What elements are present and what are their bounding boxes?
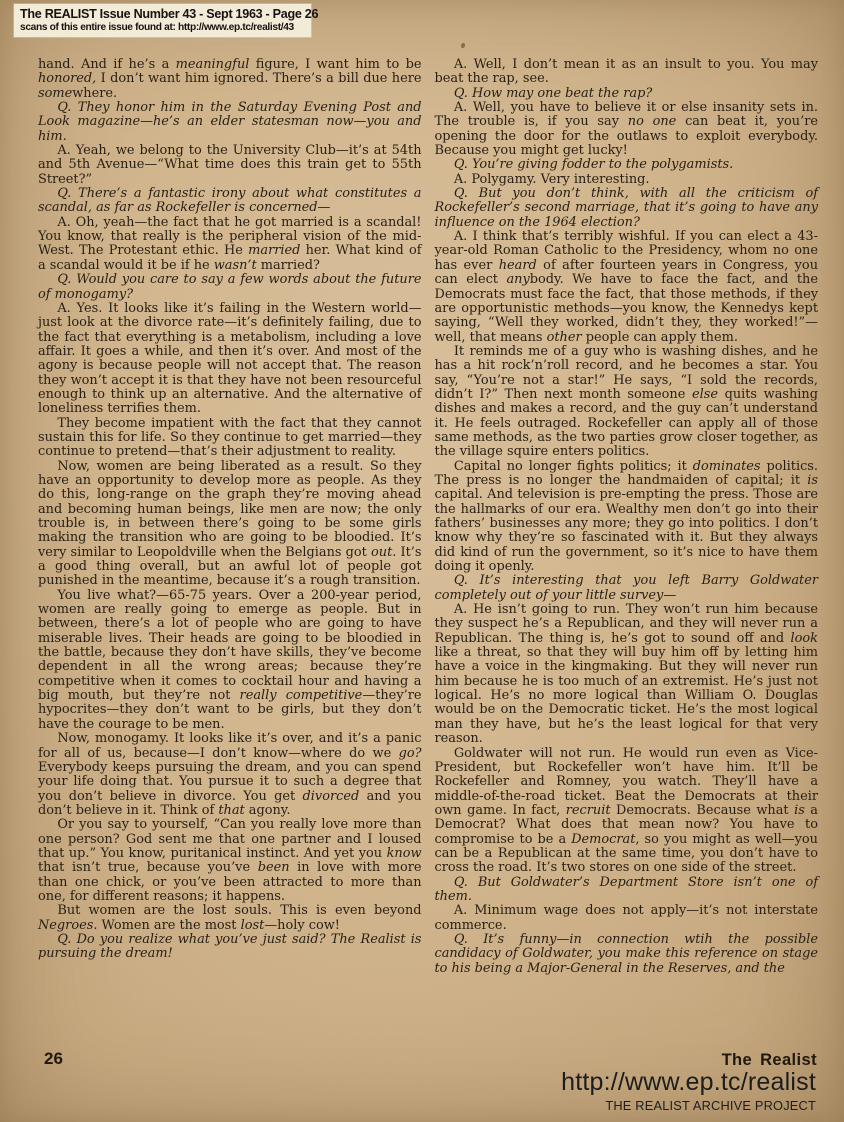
question-paragraph: Q. Do you realize what you’ve just said?… bbox=[38, 933, 422, 962]
body-paragraph: They become impatient with the fact that… bbox=[38, 417, 422, 460]
body-paragraph: Now, women are being liberated as a resu… bbox=[38, 460, 422, 589]
body-paragraph: It reminds me of a guy who is washing di… bbox=[435, 345, 819, 460]
archive-header-label: The REALIST Issue Number 43 - Sept 1963 … bbox=[14, 4, 311, 37]
archive-watermark: http://www.ep.tc/realist THE REALIST ARC… bbox=[561, 1068, 816, 1113]
body-paragraph: A. Well, I don’t mean it as an insult to… bbox=[435, 58, 819, 87]
body-paragraph: Goldwater will not run. He would run eve… bbox=[435, 747, 819, 876]
watermark-url: http://www.ep.tc/realist bbox=[561, 1068, 816, 1097]
watermark-project-name: THE REALIST ARCHIVE PROJECT bbox=[561, 1098, 816, 1113]
body-paragraph: A. Yeah, we belong to the University Clu… bbox=[38, 144, 422, 187]
body-paragraph: A. Well, you have to believe it or else … bbox=[435, 101, 819, 158]
question-paragraph: Q. But you don’t think, with all the cri… bbox=[435, 187, 819, 230]
body-paragraph: Now, monogamy. It looks like it’s over, … bbox=[38, 732, 422, 818]
left-column: hand. And if he’s a meaningful figure, I… bbox=[38, 58, 422, 976]
body-paragraph: A. I think that’s terribly wishful. If y… bbox=[435, 230, 819, 345]
question-paragraph: Q. They honor him in the Saturday Evenin… bbox=[38, 101, 422, 144]
right-column: A. Well, I don’t mean it as an insult to… bbox=[435, 58, 819, 976]
question-paragraph: Q. How may one beat the rap? bbox=[435, 87, 819, 101]
body-paragraph: hand. And if he’s a meaningful figure, I… bbox=[38, 58, 422, 101]
header-scan-source: scans of this entire issue found at: htt… bbox=[20, 22, 305, 33]
question-paragraph: Q. Would you care to say a few words abo… bbox=[38, 273, 422, 302]
body-paragraph: You live what?—65-75 years. Over a 200-y… bbox=[38, 589, 422, 732]
question-paragraph: Q. It’s interesting that you left Barry … bbox=[435, 574, 819, 603]
body-paragraph: A. Minimum wage does not apply—it’s not … bbox=[435, 904, 819, 933]
scanned-magazine-page: The REALIST Issue Number 43 - Sept 1963 … bbox=[0, 0, 844, 1122]
body-paragraph: A. Polygamy. Very interesting. bbox=[435, 173, 819, 187]
body-paragraph: A. He isn’t going to run. They won’t run… bbox=[435, 603, 819, 746]
header-issue-title: The REALIST Issue Number 43 - Sept 1963 … bbox=[20, 7, 305, 21]
question-paragraph: Q. But Goldwater’s Department Store isn’… bbox=[435, 876, 819, 905]
body-paragraph: Or you say to yourself, “Can you really … bbox=[38, 818, 422, 904]
article-body: hand. And if he’s a meaningful figure, I… bbox=[38, 58, 818, 976]
paper-speck bbox=[461, 43, 465, 48]
body-paragraph: A. Oh, yeah—the fact that he got married… bbox=[38, 216, 422, 273]
question-paragraph: Q. It’s funny—in connection wtih the pos… bbox=[435, 933, 819, 976]
body-paragraph: A. Yes. It looks like it’s failing in th… bbox=[38, 302, 422, 417]
body-paragraph: But women are the lost souls. This is ev… bbox=[38, 904, 422, 933]
question-paragraph: Q. There’s a fantastic irony about what … bbox=[38, 187, 422, 216]
body-paragraph: Capital no longer fights politics; it do… bbox=[435, 460, 819, 575]
page-number: 26 bbox=[44, 1049, 63, 1069]
question-paragraph: Q. You’re giving fodder to the polygamis… bbox=[435, 158, 819, 172]
